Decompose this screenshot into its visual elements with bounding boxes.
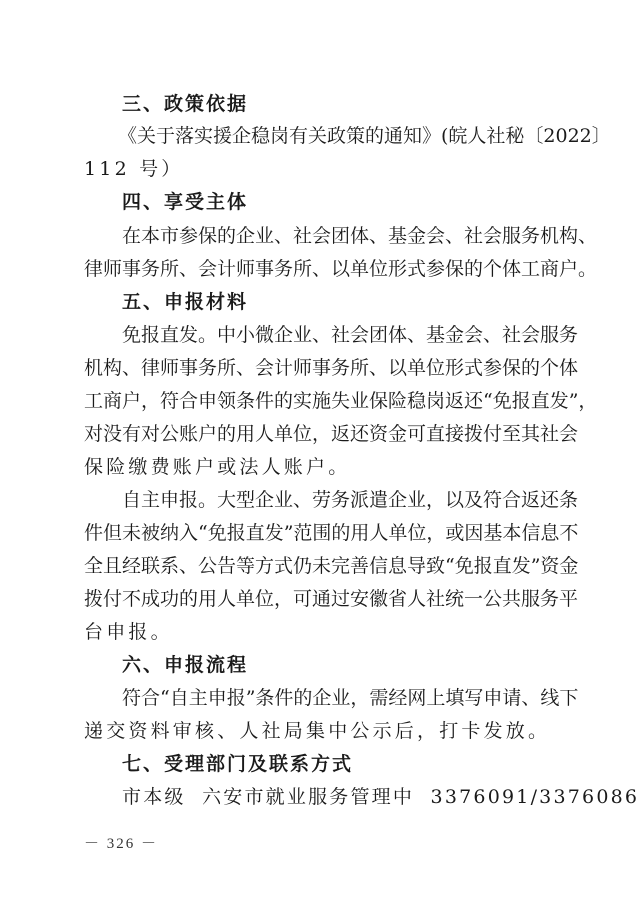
section-heading-policy-basis: 三、政策依据 [122,92,558,116]
paragraph-line: 台申报。 [84,620,558,644]
section-heading-contact: 七、受理部门及联系方式 [122,752,558,776]
paragraph-line: 在本市参保的企业、社会团体、基金会、社会服务机构、 [122,224,558,248]
paragraph-line: 全且经联系、公告等方式仍未完善信息导致“免报直发”资金 [84,554,558,578]
paragraph-line: 律师事务所、会计师事务所、以单位形式参保的个体工商户。 [84,257,558,281]
document-page: 三、政策依据 《关于落实援企稳岗有关政策的通知》(皖人社秘〔2022〕 112 … [0,0,642,907]
paragraph-line: 《关于落实援企稳岗有关政策的通知》(皖人社秘〔2022〕 [118,124,558,148]
paragraph-line: 机构、律师事务所、会计师事务所、以单位形式参保的个体 [84,356,558,380]
section-heading-eligible-entities: 四、享受主体 [122,190,558,214]
paragraph-line: 件但未被纳入“免报直发”范围的用人单位，或因基本信息不 [84,521,558,545]
paragraph-line: 自主申报。大型企业、劳务派遣企业，以及符合返还条 [122,488,558,512]
paragraph-line: 拨付不成功的用人单位，可通过安徽省人社统一公共服务平 [84,587,558,611]
section-heading-application-process: 六、申报流程 [122,653,558,677]
paragraph-line: 工商户，符合申领条件的实施失业保险稳岗返还“免报直发”， [84,389,558,413]
paragraph-line: 免报直发。中小微企业、社会团体、基金会、社会服务 [122,323,558,347]
paragraph-line: 递交资料审核、人社局集中公示后，打卡发放。 [84,719,558,743]
paragraph-line: 对没有对公账户的用人单位，返还资金可直接拨付至其社会 [84,422,558,446]
paragraph-line: 保险缴费账户或法人账户。 [84,455,558,479]
paragraph-line: 112 号） [84,157,558,181]
page-number: － 326 － [84,832,158,853]
paragraph-line: 符合“自主申报”条件的企业，需经网上填写申请、线下 [122,686,558,710]
section-heading-application-materials: 五、申报材料 [122,290,558,314]
contact-line: 市本级 六安市就业服务管理中 3376091/3376086 [122,785,558,809]
